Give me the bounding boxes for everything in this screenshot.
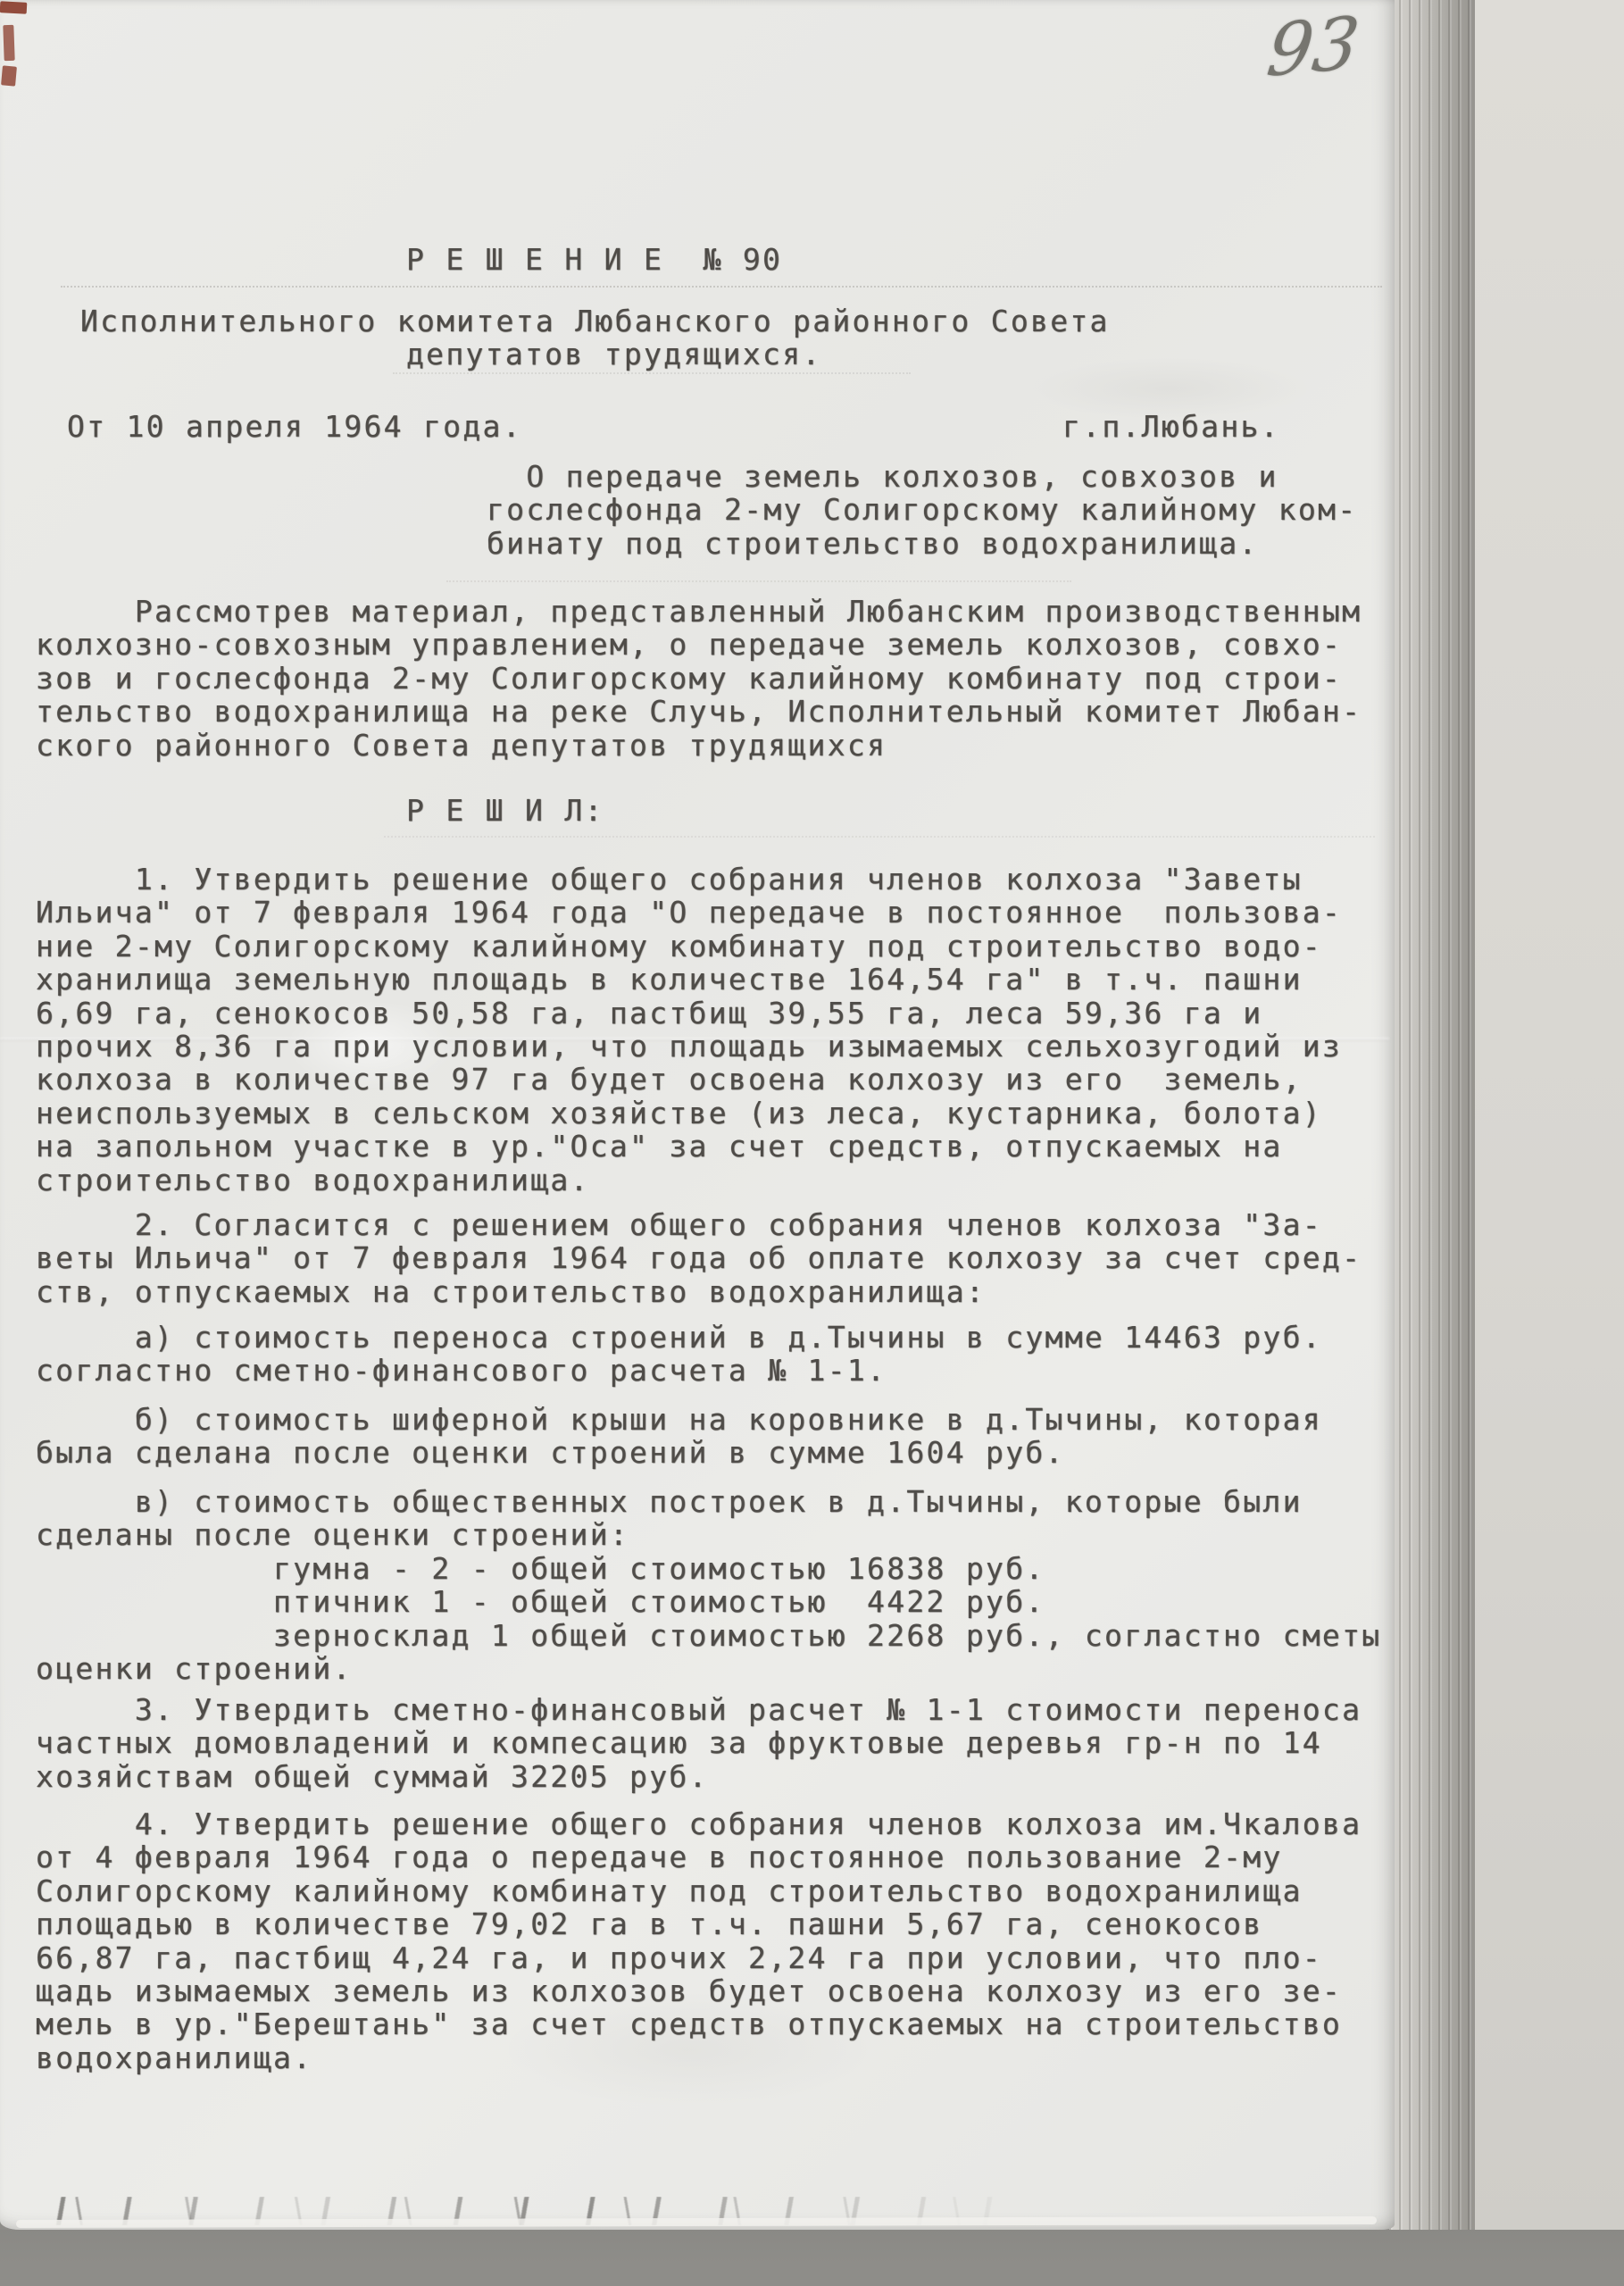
typed-line: прочих 8,36 га при условии, что площадь … [36, 1030, 1342, 1063]
resolved-heading: Р Е Ш И Л: [406, 794, 604, 827]
typed-line: частных домовладений и компесацию за фру… [36, 1726, 1362, 1759]
item-2v-block: в) стоимость общественных построек в д.Т… [36, 1485, 1381, 1685]
typed-line: сделаны после оценки строений: [36, 1518, 1381, 1551]
typed-line: бинату под строительство водохранилища. [487, 527, 1357, 560]
scanner-side-area [1471, 0, 1624, 2232]
typed-line: зов и гослесфонда 2-му Солигорскому кали… [36, 662, 1362, 695]
item-2a-block: а) стоимость переноса строений в д.Тычин… [36, 1321, 1322, 1388]
typed-line: О передаче земель колхозов, совхозов и [487, 460, 1357, 493]
typed-line: 4. Утвердить решение общего собрания чле… [36, 1807, 1362, 1840]
page-stack-edge [1389, 0, 1475, 2237]
committee-line-2: депутатов трудящихся. [406, 338, 822, 371]
typed-line: Солигорскому калийному комбинату под стр… [36, 1874, 1362, 1907]
typed-line: гумна - 2 - общей стоимостью 16838 руб. [36, 1552, 1381, 1585]
red-edge-mark [1, 65, 17, 86]
typed-line: оценки строений. [36, 1652, 1381, 1685]
typed-line: 66,87 га, пастбищ 4,24 га, и прочих 2,24… [36, 1941, 1362, 1974]
date-line: От 10 апреля 1964 года. [67, 410, 522, 443]
typed-line: от 4 февраля 1964 года о передаче в пост… [36, 1840, 1362, 1873]
red-edge-mark [3, 25, 14, 61]
typed-line: хранилища земельную площадь в количестве… [36, 963, 1342, 996]
typed-line: хозяйствам общей суммай 32205 руб. [36, 1760, 1362, 1793]
committee-line-1: Исполнительного комитета Любанского райо… [80, 305, 1110, 338]
typed-line: была сделана после оценки строений в сум… [36, 1436, 1322, 1469]
typed-line: птичник 1 - общей стоимостью 4422 руб. [36, 1585, 1381, 1618]
subject-block: О передаче земель колхозов, совхозов иго… [487, 460, 1357, 560]
scan-artifact-line [61, 286, 1382, 288]
scan-artifact-line [446, 580, 1071, 582]
typed-line: гослесфонда 2-му Солигорскому калийному … [487, 493, 1357, 526]
typed-line: на запольном участке в ур."Оса" за счет … [36, 1130, 1342, 1163]
document-title: Р Е Ш Е Н И Е № 90 [406, 243, 782, 276]
typed-line: неиспользуемых в сельском хозяйстве (из … [36, 1097, 1342, 1130]
scan-background: 93 Р Е Ш Е Н И Е № 90 Исполнительного ко… [0, 0, 1624, 2286]
typed-line: Рассмотрев материал, представленный Люба… [36, 595, 1362, 628]
typed-line: 6,69 га, сенокосов 50,58 га, пастбищ 39,… [36, 997, 1342, 1030]
typed-line: колхоза в количестве 97 га будет освоена… [36, 1063, 1342, 1096]
preamble-block: Рассмотрев материал, представленный Люба… [36, 595, 1362, 762]
typed-line: площадью в количестве 79,02 га в т.ч. па… [36, 1907, 1362, 1940]
scanner-bottom-area [0, 2230, 1624, 2286]
place-line: г.п.Любань. [1062, 410, 1280, 443]
document-page: 93 Р Е Ш Е Н И Е № 90 Исполнительного ко… [0, 0, 1395, 2230]
scan-artifact-line [384, 836, 1375, 838]
item-4-block: 4. Утвердить решение общего собрания чле… [36, 1807, 1362, 2074]
typed-line: водохранилища. [36, 2041, 1362, 2074]
typed-line: ние 2-му Солигорскому калийному комбинат… [36, 930, 1342, 963]
typed-line: б) стоимость шиферной крыши на коровнике… [36, 1403, 1322, 1436]
typed-line: веты Ильича" от 7 февраля 1964 года об о… [36, 1241, 1362, 1274]
typed-line: зерносклад 1 общей стоимостью 2268 руб.,… [36, 1619, 1381, 1652]
item-2b-block: б) стоимость шиферной крыши на коровнике… [36, 1403, 1322, 1470]
typed-line: согластно сметно-финансового расчета № 1… [36, 1354, 1322, 1387]
item-3-block: 3. Утвердить сметно-финансовый расчет № … [36, 1693, 1362, 1793]
item-1-block: 1. Утвердить решение общего собрания чле… [36, 863, 1342, 1197]
typed-line: строительство водохранилища. [36, 1164, 1342, 1197]
page-number-handwritten: 93 [1262, 1, 1363, 93]
typed-line: 2. Согласится с решением общего собрания… [36, 1208, 1362, 1241]
typed-line: щадь изымаемых земель из колхозов будет … [36, 1974, 1362, 2007]
typed-line: 1. Утвердить решение общего собрания чле… [36, 863, 1342, 896]
red-edge-mark [0, 1, 27, 14]
typed-line: Ильича" от 7 февраля 1964 года "О переда… [36, 896, 1342, 929]
typed-line: колхозно-совхозным управлением, о переда… [36, 628, 1362, 661]
typed-line: а) стоимость переноса строений в д.Тычин… [36, 1321, 1322, 1354]
typed-line: в) стоимость общественных построек в д.Т… [36, 1485, 1381, 1518]
typed-line: ского районного Совета депутатов трудящи… [36, 729, 1362, 762]
typed-line: тельство водохранилища на реке Случь, Ис… [36, 695, 1362, 728]
typed-line: 3. Утвердить сметно-финансовый расчет № … [36, 1693, 1362, 1726]
scan-artifact-line [393, 372, 911, 374]
item-2-block: 2. Согласится с решением общего собрания… [36, 1208, 1362, 1308]
typed-line: ств, отпускаемых на строительство водохр… [36, 1275, 1362, 1308]
typed-line: мель в ур."Берештань" за счет средств от… [36, 2007, 1362, 2040]
